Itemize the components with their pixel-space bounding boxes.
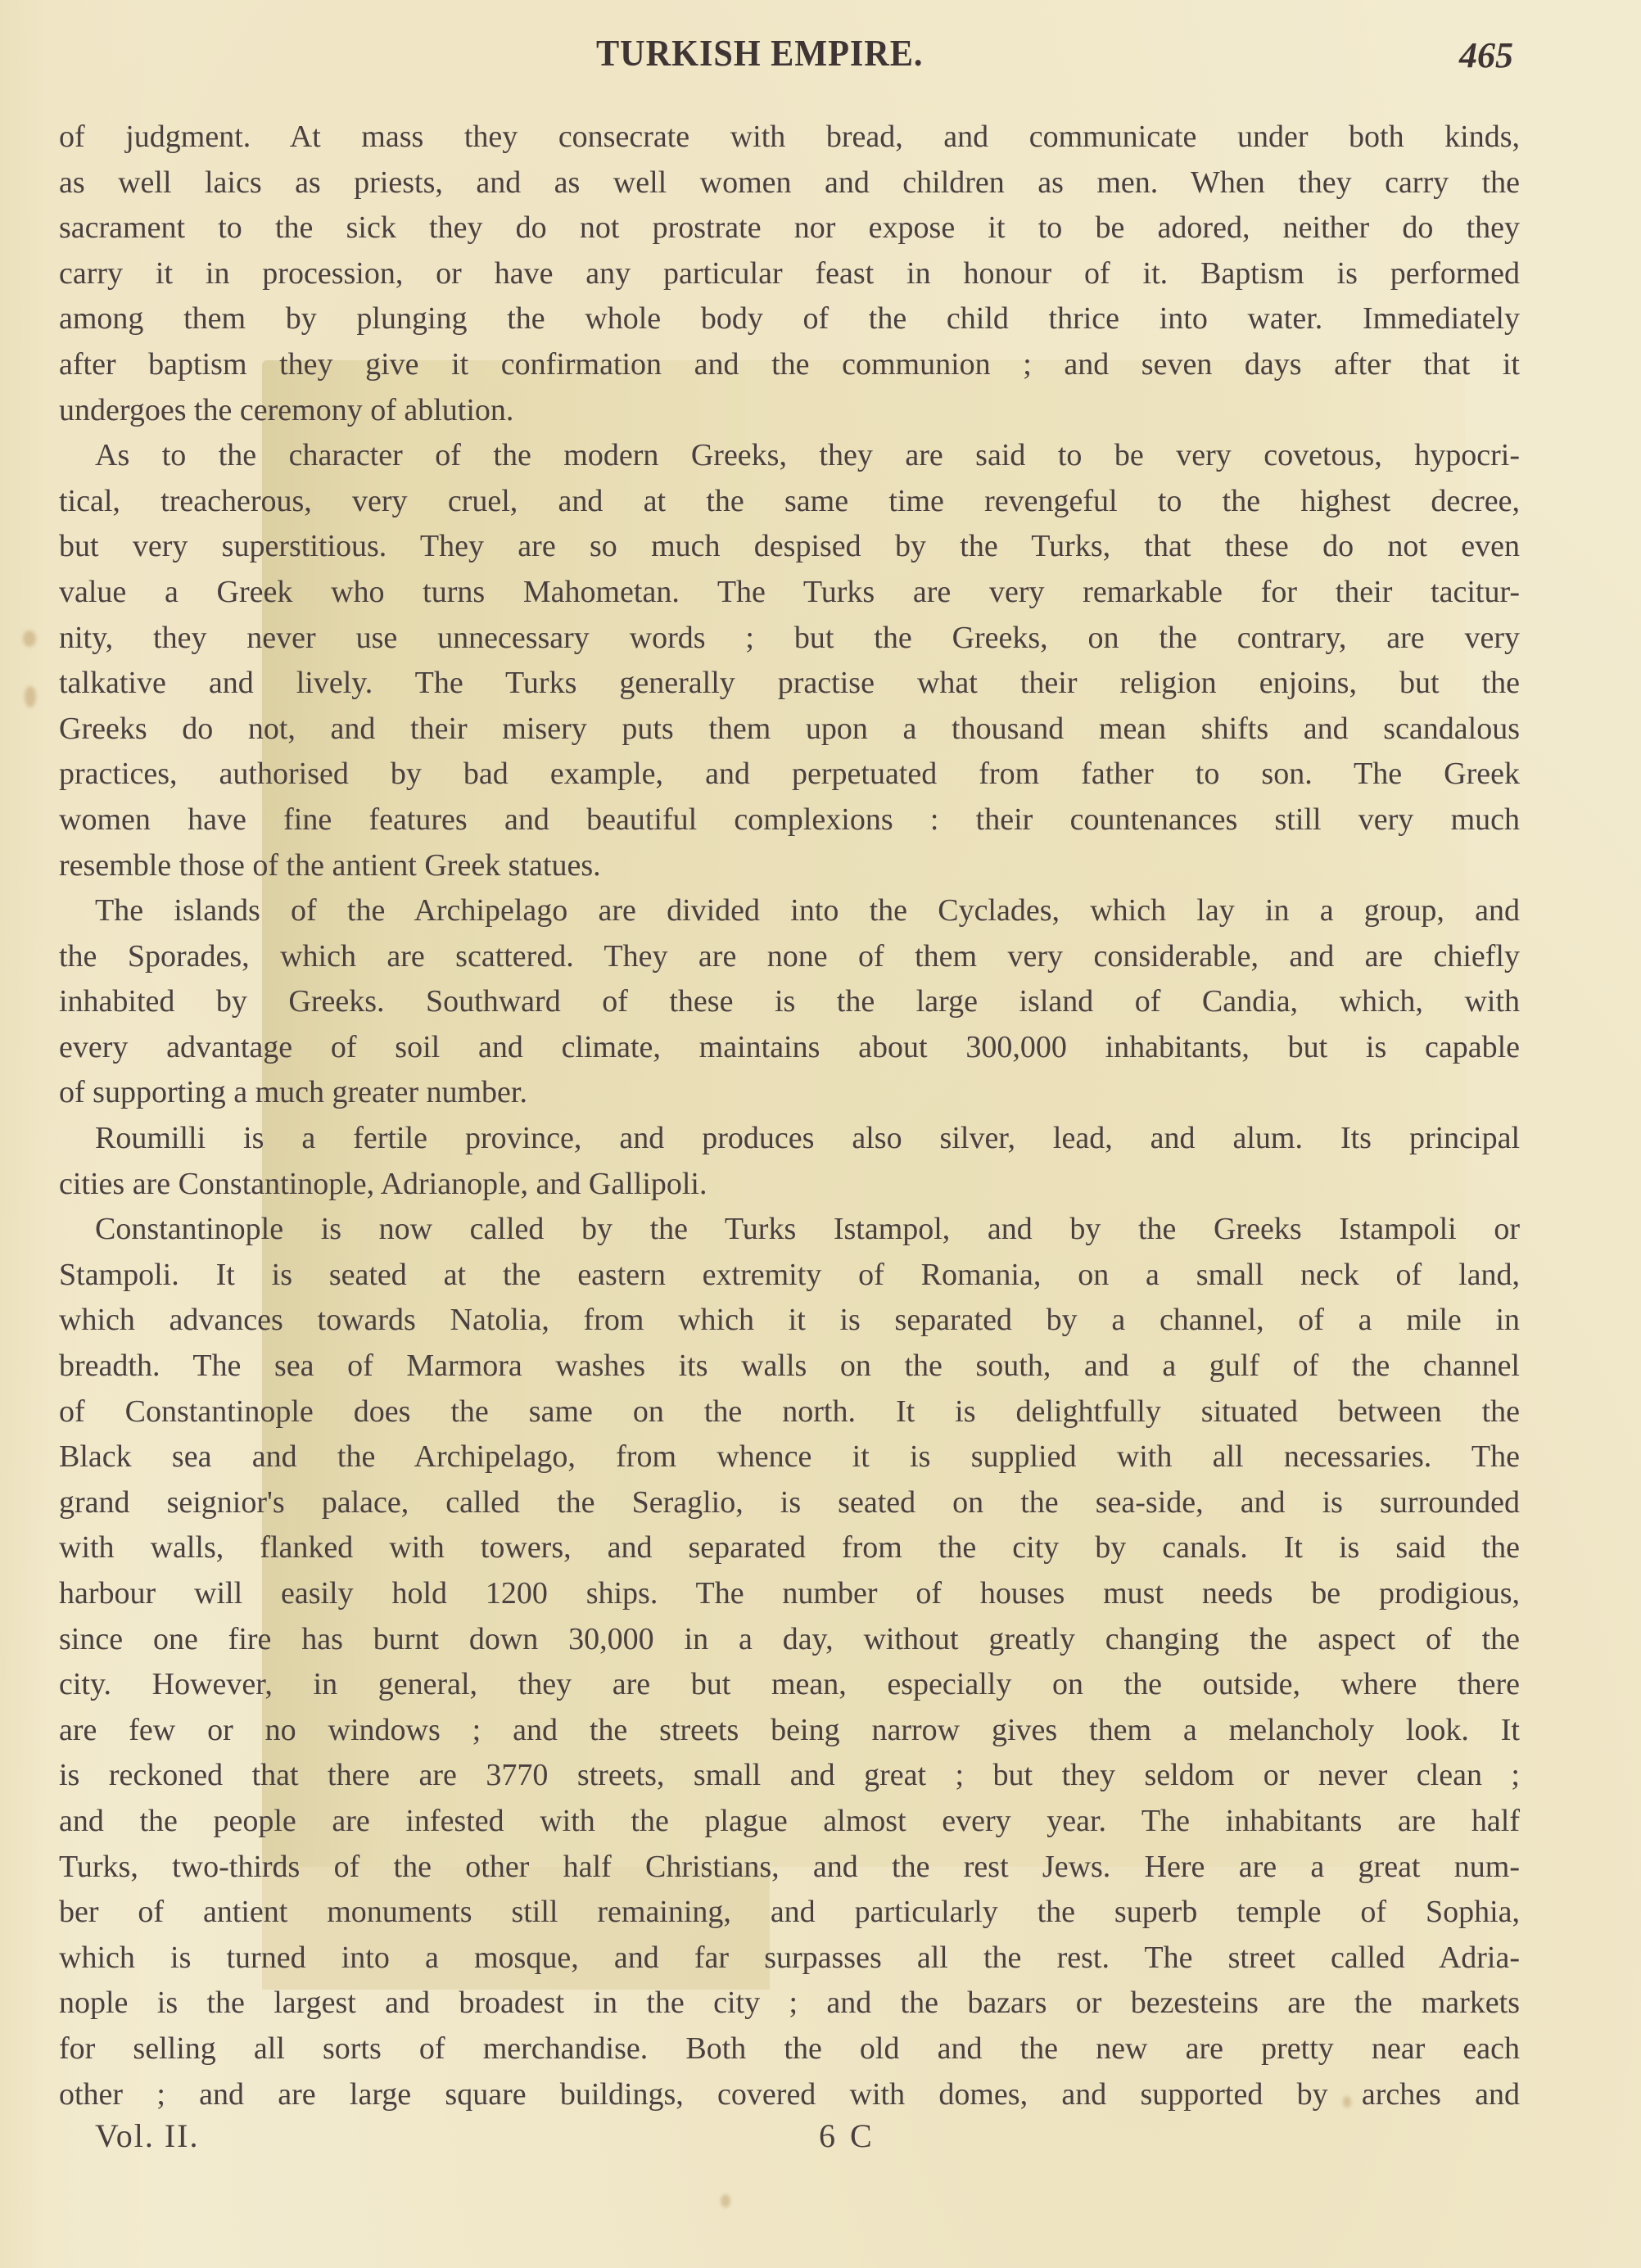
- text-line: breadth. The sea of Marmora washes its w…: [59, 1344, 1520, 1389]
- text-line: of supporting a much greater number.: [59, 1070, 1520, 1116]
- text-line: Black sea and the Archipelago, from when…: [59, 1434, 1520, 1480]
- text-line: undergoes the ceremony of ablution.: [59, 388, 1520, 434]
- text-line: carry it in procession, or have any part…: [59, 251, 1520, 297]
- text-line: value a Greek who turns Mahometan. The T…: [59, 570, 1520, 616]
- running-head: TURKISH EMPIRE. 465: [0, 31, 1641, 80]
- text-line: sacrament to the sick they do not prostr…: [59, 206, 1520, 251]
- text-line: As to the character of the modern Greeks…: [59, 433, 1520, 479]
- text-line: other ; and are large square buildings, …: [59, 2072, 1520, 2118]
- foxing-spot: [23, 630, 36, 647]
- text-line: Roumilli is a fertile province, and prod…: [59, 1116, 1520, 1162]
- text-line: of judgment. At mass they consecrate wit…: [59, 115, 1520, 160]
- text-line: the Sporades, which are scattered. They …: [59, 934, 1520, 980]
- running-head-title: TURKISH EMPIRE.: [596, 31, 923, 75]
- text-line: grand seignior's palace, called the Sera…: [59, 1480, 1520, 1526]
- text-line: resemble those of the antient Greek stat…: [59, 843, 1520, 889]
- text-line: but very superstitious. They are so much…: [59, 524, 1520, 570]
- text-line: talkative and lively. The Turks generall…: [59, 661, 1520, 707]
- text-line: nity, they never use unnecessary words ;…: [59, 616, 1520, 662]
- text-line: The islands of the Archipelago are divid…: [59, 888, 1520, 934]
- text-line: inhabited by Greeks. Southward of these …: [59, 979, 1520, 1025]
- text-line: women have fine features and beautiful c…: [59, 797, 1520, 843]
- text-line: which is turned into a mosque, and far s…: [59, 1936, 1520, 1981]
- text-line: since one fire has burnt down 30,000 in …: [59, 1617, 1520, 1663]
- text-line: every advantage of soil and climate, mai…: [59, 1025, 1520, 1071]
- text-line: Turks, two-thirds of the other half Chri…: [59, 1845, 1520, 1891]
- text-line: for selling all sorts of merchandise. Bo…: [59, 2026, 1520, 2072]
- text-line: with walls, flanked with towers, and sep…: [59, 1525, 1520, 1571]
- text-line: of Constantinople does the same on the n…: [59, 1389, 1520, 1435]
- text-line: among them by plunging the whole body of…: [59, 296, 1520, 342]
- foxing-spot: [721, 2194, 730, 2207]
- text-line: are few or no windows ; and the streets …: [59, 1708, 1520, 1754]
- text-line: cities are Constantinople, Adrianople, a…: [59, 1162, 1520, 1208]
- text-line: and the people are infested with the pla…: [59, 1799, 1520, 1845]
- page-footer: Vol. II. 6 C: [0, 2117, 1641, 2166]
- body-text: of judgment. At mass they consecrate wit…: [59, 115, 1520, 2117]
- text-line: is reckoned that there are 3770 streets,…: [59, 1753, 1520, 1799]
- text-line: ber of antient monuments still remaining…: [59, 1890, 1520, 1936]
- text-line: after baptism they give it confirmation …: [59, 342, 1520, 388]
- text-line: city. However, in general, they are but …: [59, 1662, 1520, 1708]
- text-line: practices, authorised by bad example, an…: [59, 752, 1520, 797]
- text-line: Constantinople is now called by the Turk…: [59, 1207, 1520, 1253]
- text-line: Stampoli. It is seated at the eastern ex…: [59, 1253, 1520, 1299]
- text-line: Greeks do not, and their misery puts the…: [59, 707, 1520, 752]
- text-line: tical, treacherous, very cruel, and at t…: [59, 479, 1520, 525]
- text-line: harbour will easily hold 1200 ships. The…: [59, 1571, 1520, 1617]
- signature-mark: 6 C: [819, 2117, 875, 2155]
- text-line: as well laics as priests, and as well wo…: [59, 160, 1520, 206]
- volume-label: Vol. II.: [95, 2117, 199, 2155]
- page-number: 465: [1459, 34, 1513, 76]
- text-line: which advances towards Natolia, from whi…: [59, 1298, 1520, 1344]
- text-line: nople is the largest and broadest in the…: [59, 1981, 1520, 2026]
- foxing-spot: [25, 686, 36, 707]
